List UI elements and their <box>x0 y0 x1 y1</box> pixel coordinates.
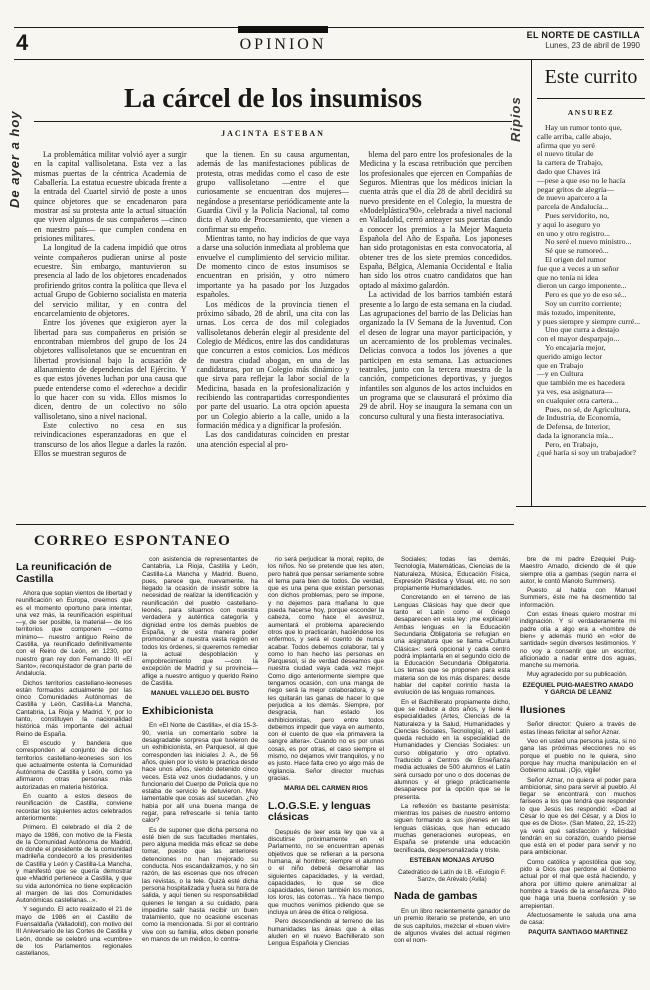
currito-author: ANSUREZ <box>537 108 645 117</box>
letter-paragraph: El escudo y bandera que corresponden al … <box>16 740 132 791</box>
poem-line: dado que Chaves irá <box>537 168 645 177</box>
poem-line: de Defensa, de Interior, <box>537 423 645 432</box>
header-top-rule <box>14 27 644 28</box>
letter-paragraph: Afectuosamente le saluda una ama de casa… <box>520 912 636 927</box>
letter-signature: PAQUITA SANTIAGO MARTINEZ <box>522 929 634 937</box>
letter-heading: Ilusiones <box>520 705 636 717</box>
poem-line: Pues, no sé, de Agricultura, <box>537 406 645 415</box>
poem-line: que no tenía ni idea <box>537 274 645 283</box>
letter-paragraph: con asistencia de representantes de Cant… <box>142 556 258 687</box>
article-paragraph: Este colectivo no cesa en sus reivindica… <box>34 421 187 458</box>
correo-column-2: con asistencia de representantes de Cant… <box>142 556 258 986</box>
poem-line: pegar gritos de alegría— <box>537 186 645 195</box>
article-column-3: blema del paro entre los profesionales d… <box>359 150 512 515</box>
poem-line: en uno y otro registro... <box>537 230 645 239</box>
poem-line: y pues siempre y siempre curré... <box>537 318 645 327</box>
poem-line: —pese a que eso no le hacía <box>537 177 645 186</box>
column-divider-rule <box>531 60 532 506</box>
poem-line: Uno que curra a destajo <box>537 326 645 335</box>
poem-line: calle arriba, calle abajo, <box>537 133 645 142</box>
letter-paragraph: En cuanto a estos deseos de reunificació… <box>16 793 132 822</box>
poem-line: Soy un currito corriente; <box>537 300 645 309</box>
correo-column-3: rio será perjudicar la moral, repito, de… <box>268 556 384 986</box>
letter-signature: MANUEL VALLEJO DEL BUSTO <box>144 690 256 698</box>
poem-line: Pero, en Trabajo, <box>537 441 645 450</box>
poem-line: Sé que se rumoreó... <box>537 247 645 256</box>
article-paragraph: que la tienen. En su causa argumentan, a… <box>197 150 350 234</box>
letter-paragraph: bre de mi padre Ezequiel Puig-Maestro Am… <box>520 556 636 585</box>
article-columns: La problemática militar volvió ayer a su… <box>34 150 512 515</box>
poem-line: dada la ignorancia mía... <box>537 432 645 441</box>
article-paragraph: Mientras tanto, no hay indicios de que v… <box>197 234 350 299</box>
letter-paragraph: Es de suponer que dicha persona no esté … <box>142 827 258 944</box>
currito-poem: Hay un rumor tonto que,calle arriba, cal… <box>537 124 645 458</box>
poem-line: afirma que yo seré <box>537 142 645 151</box>
header-bottom-rule <box>14 59 644 60</box>
letter-heading: Nada de gambas <box>394 891 510 903</box>
poem-line: y aquí lo aseguro yo <box>537 221 645 230</box>
letter-paragraph: Muy agradecido por su publicación. <box>520 671 636 678</box>
letter-paragraph: Como católica y apostólica que soy, pido… <box>520 859 636 910</box>
page-number: 4 <box>16 30 28 56</box>
poem-line: No seré el nuevo ministro... <box>537 238 645 247</box>
correo-column-4: Sociales; todas las demás, Tecnología, M… <box>394 556 510 986</box>
section-bar <box>238 26 328 33</box>
article-paragraph: blema del paro entre los profesionales d… <box>359 150 512 290</box>
poem-line: El origen del rumor <box>537 256 645 265</box>
letter-paragraph: En un libro recientemente ganador de un … <box>394 908 510 944</box>
correo-column-1: La reunificación de CastillaAhora que so… <box>16 556 132 986</box>
letter-heading: Exhibicionista <box>142 706 258 718</box>
letter-paragraph: Ahora que soplan vientos de libertad y r… <box>16 590 132 678</box>
letter-paragraph: rio será perjudicar la moral, repito, de… <box>268 556 384 782</box>
letter-paragraph: Y segundo. El acto realizado el 21 de ma… <box>16 906 132 957</box>
poem-line: —y en Cultura <box>537 370 645 379</box>
poem-line: Hay un rumor tonto que, <box>537 124 645 133</box>
letter-paragraph: Primero. El celebrado el día 2 de mayo d… <box>16 824 132 904</box>
article-paragraph: Los médicos de la provincia tienen el pr… <box>197 300 350 431</box>
masthead-date: Lunes, 23 de abril de 1990 <box>527 41 640 50</box>
article-column-2: que la tienen. En su causa argumentan, a… <box>197 150 350 515</box>
poem-line: Pero es que yo de eso sé... <box>537 291 645 300</box>
poem-line: la cartera de Trabajo, <box>537 159 645 168</box>
letter-paragraph: Señor director: Quiero a través de estas… <box>520 721 636 736</box>
poem-line: ¿qué haría si soy un trabajador? <box>537 449 645 458</box>
letter-heading: L.O.G.S.E. y lenguas clásicas <box>268 801 384 824</box>
masthead-title: EL NORTE DE CASTILLA <box>527 30 640 40</box>
letter-signature: ESTEBAN MONJAS AYUSO <box>396 857 508 865</box>
poem-line: que en Trabajo <box>537 362 645 371</box>
letter-paragraph: Puesto al habla con Manuel Summers, éste… <box>520 587 636 609</box>
poem-line: el nuevo titular de <box>537 150 645 159</box>
letter-heading: La reunificación de Castilla <box>16 562 132 585</box>
correo-title: CORREO ESPONTANEO <box>34 533 231 550</box>
letter-paragraph: Sociales; todas las demás, Tecnología, M… <box>394 556 510 592</box>
article-paragraph: Entre los jóvenes que exigieron ayer la … <box>34 318 187 421</box>
letter-paragraph: En «El Norte de Castilla», el día 15-3-9… <box>142 722 258 824</box>
letter-paragraph: Después de leer esta ley que va a discut… <box>268 829 384 917</box>
poem-line: en cualquier otra cartera... <box>537 397 645 406</box>
letter-paragraph: Señor Aznar, no quiera el poder para amb… <box>520 777 636 857</box>
letter-paragraph: Dichos territorios castellano-leoneses e… <box>16 680 132 738</box>
poem-line: más tozudo, impenitente, <box>537 309 645 318</box>
newspaper-page: 4 OPINION EL NORTE DE CASTILLA Lunes, 23… <box>0 0 650 990</box>
currito-rule <box>537 98 645 99</box>
letter-signature-subtitle: Catedrático de Latín de I.B. «Eulogio F.… <box>396 869 508 883</box>
poem-line: Pues servidorito, no, <box>537 212 645 221</box>
poem-line: de Industria, de Economía, <box>537 414 645 423</box>
correo-separator-rule <box>16 524 514 525</box>
article-paragraph: La actividad de los barrios también esta… <box>359 290 512 421</box>
correo-columns: La reunificación de CastillaAhora que so… <box>16 556 636 986</box>
currito-column: Este currito ANSUREZ Hay un rumor tonto … <box>537 64 645 504</box>
article-paragraph: La longitud de la cadena impidió que otr… <box>34 243 187 318</box>
main-article: La cárcel de los insumisos JACINTA ESTEB… <box>34 66 512 521</box>
poem-line: de nuevo aparcero a la <box>537 194 645 203</box>
poem-line: fue que a veces a un señor <box>537 265 645 274</box>
poem-line: dieron un cargo imponente... <box>537 282 645 291</box>
currito-bottom-rule <box>516 506 646 507</box>
poem-line: ya ves, esa asignatura— <box>537 388 645 397</box>
poem-line: Yo encajaría mejor, <box>537 344 645 353</box>
letter-paragraph: Veo en usted una persona justa, si no ga… <box>520 738 636 774</box>
letter-signature: EZEQUIEL PUIG-MAESTRO AMADO Y GARCIA DE … <box>522 682 634 697</box>
letter-paragraph: Con estas líneas quiero mostrar mi indig… <box>520 611 636 669</box>
article-column-1: La problemática militar volvió ayer a su… <box>34 150 187 515</box>
kicker-de-ayer-a-hoy: De ayer a hoy <box>7 68 22 208</box>
section-title: OPINION <box>195 36 371 54</box>
letter-paragraph: En el Bachillerato propiamente dicho, qu… <box>394 699 510 801</box>
article-byline: JACINTA ESTEBAN <box>34 129 512 138</box>
currito-title: Este currito <box>537 66 645 89</box>
headline-rule <box>34 121 512 122</box>
letter-paragraph: Concretando en el terreno de las Lenguas… <box>394 594 510 696</box>
letter-paragraph: La reflexión es bastante pesimista: mien… <box>394 803 510 854</box>
article-headline: La cárcel de los insumisos <box>64 84 482 112</box>
poem-line: con el mayor desparpajo... <box>537 335 645 344</box>
masthead: EL NORTE DE CASTILLA Lunes, 23 de abril … <box>527 30 640 50</box>
article-paragraph: La problemática militar volvió ayer a su… <box>34 150 187 243</box>
poem-line: parcela de Andalucía... <box>537 203 645 212</box>
letter-signature: MARIA DEL CARMEN RIOS <box>270 785 382 793</box>
article-paragraph: Las dos candidaturas coinciden en presta… <box>197 430 350 449</box>
poem-line: que también me es hacedera <box>537 379 645 388</box>
letter-paragraph: Pero descendiendo al terreno de las huma… <box>268 918 384 947</box>
correo-column-5: bre de mi padre Ezequiel Puig-Maestro Am… <box>520 556 636 986</box>
poem-line: querido amigo lector <box>537 353 645 362</box>
